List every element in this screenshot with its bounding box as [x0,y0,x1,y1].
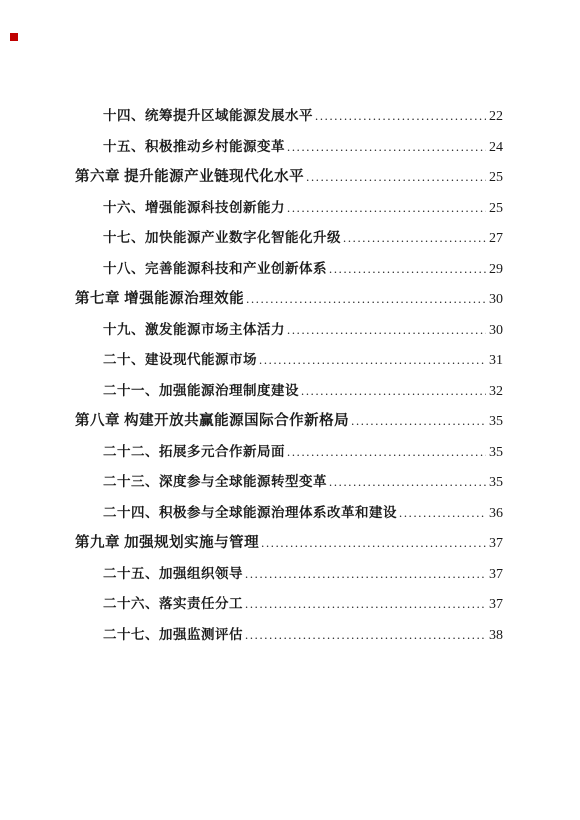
toc-entry-label: 十七、加快能源产业数字化智能化升级 [103,226,341,246]
toc-page-number: 25 [489,170,503,186]
toc-entry[interactable]: 十七、加快能源产业数字化智能化升级 ......................… [75,220,503,251]
toc-page-number: 36 [489,506,503,522]
toc-entry-label: 二十二、拓展多元合作新局面 [103,440,285,460]
toc-entry[interactable]: 十九、激发能源市场主体活力 ..........................… [75,312,503,343]
toc-entry-label: 十八、完善能源科技和产业创新体系 [103,257,327,277]
toc-dot-leader: ........................................… [287,201,486,216]
toc-dot-leader: ........................................… [246,292,486,307]
toc-entry-label: 二十四、积极参与全球能源治理体系改革和建设 [103,501,397,521]
toc-page-number: 24 [489,140,503,156]
toc-page-number: 38 [489,628,503,644]
toc-dot-leader: ........................................… [245,567,486,582]
toc-page-number: 27 [489,231,503,247]
toc-dot-leader: ........................................… [329,262,486,277]
toc-entry[interactable]: 二十七、加强监测评估 .............................… [75,617,503,648]
toc-dot-leader: ........................................… [261,536,486,551]
toc-dot-leader: ........................................… [343,231,486,246]
toc-entry[interactable]: 第九章 加强规划实施与管理 ..........................… [75,525,503,556]
toc-entry[interactable]: 二十四、积极参与全球能源治理体系改革和建设 ..................… [75,495,503,526]
toc-dot-leader: ........................................… [306,170,486,185]
toc-entry[interactable]: 二十一、加强能源治理制度建设 .........................… [75,373,503,404]
toc-dot-leader: ........................................… [399,506,486,521]
toc-page-number: 22 [489,109,503,125]
toc-dot-leader: ........................................… [259,353,486,368]
toc-entry-label: 二十、建设现代能源市场 [103,348,257,368]
toc-entry[interactable]: 二十五、加强组织领导 .............................… [75,556,503,587]
toc-page-number: 25 [489,201,503,217]
toc-entry-label: 二十三、深度参与全球能源转型变革 [103,470,327,490]
toc-entry[interactable]: 二十、建设现代能源市场 ............................… [75,342,503,373]
toc-dot-leader: ........................................… [287,445,486,460]
toc-dot-leader: ........................................… [287,140,486,155]
toc-page-number: 37 [489,597,503,613]
toc-entry[interactable]: 第七章 增强能源治理效能 ...........................… [75,281,503,312]
toc-dot-leader: ........................................… [329,475,486,490]
toc-entry[interactable]: 十四、统筹提升区域能源发展水平 ........................… [75,98,503,129]
toc-page-number: 37 [489,567,503,583]
toc-entry[interactable]: 二十三、深度参与全球能源转型变革 .......................… [75,464,503,495]
toc-entry[interactable]: 二十二、拓展多元合作新局面 ..........................… [75,434,503,465]
toc-dot-leader: ........................................… [315,109,486,124]
toc-entry[interactable]: 二十六、落实责任分工 .............................… [75,586,503,617]
toc-entry-label: 二十七、加强监测评估 [103,623,243,643]
toc-dot-leader: ........................................… [351,414,486,429]
toc-dot-leader: ........................................… [245,628,486,643]
toc-page-number: 37 [489,536,503,552]
toc-page-number: 31 [489,353,503,369]
toc-entry-label: 第六章 提升能源产业链现代化水平 [75,165,304,186]
toc-entry-label: 第八章 构建开放共赢能源国际合作新格局 [75,409,349,430]
toc-entry-label: 二十六、落实责任分工 [103,592,243,612]
toc-entry-label: 十六、增强能源科技创新能力 [103,196,285,216]
toc-entry[interactable]: 第六章 提升能源产业链现代化水平 .......................… [75,159,503,190]
toc-entry-label: 十九、激发能源市场主体活力 [103,318,285,338]
toc-page-number: 32 [489,384,503,400]
toc-entry[interactable]: 十五、积极推动乡村能源变革 ..........................… [75,129,503,160]
toc-entry[interactable]: 十八、完善能源科技和产业创新体系 .......................… [75,251,503,282]
toc-dot-leader: ........................................… [287,323,486,338]
toc-page-number: 35 [489,475,503,491]
toc-page-number: 29 [489,262,503,278]
toc-list: 十四、统筹提升区域能源发展水平 ........................… [75,98,503,647]
toc-entry-label: 第九章 加强规划实施与管理 [75,531,259,552]
document-page: 十四、统筹提升区域能源发展水平 ........................… [0,0,580,820]
red-marker [10,33,18,41]
toc-page-number: 30 [489,323,503,339]
toc-dot-leader: ........................................… [301,384,486,399]
toc-entry-label: 二十五、加强组织领导 [103,562,243,582]
toc-dot-leader: ........................................… [245,597,486,612]
toc-entry[interactable]: 十六、增强能源科技创新能力 ..........................… [75,190,503,221]
toc-page-number: 35 [489,414,503,430]
toc-entry-label: 二十一、加强能源治理制度建设 [103,379,299,399]
toc-entry-label: 第七章 增强能源治理效能 [75,287,244,308]
toc-entry[interactable]: 第八章 构建开放共赢能源国际合作新格局 ....................… [75,403,503,434]
toc-entry-label: 十四、统筹提升区域能源发展水平 [103,104,313,124]
toc-page-number: 30 [489,292,503,308]
toc-entry-label: 十五、积极推动乡村能源变革 [103,135,285,155]
toc-page-number: 35 [489,445,503,461]
